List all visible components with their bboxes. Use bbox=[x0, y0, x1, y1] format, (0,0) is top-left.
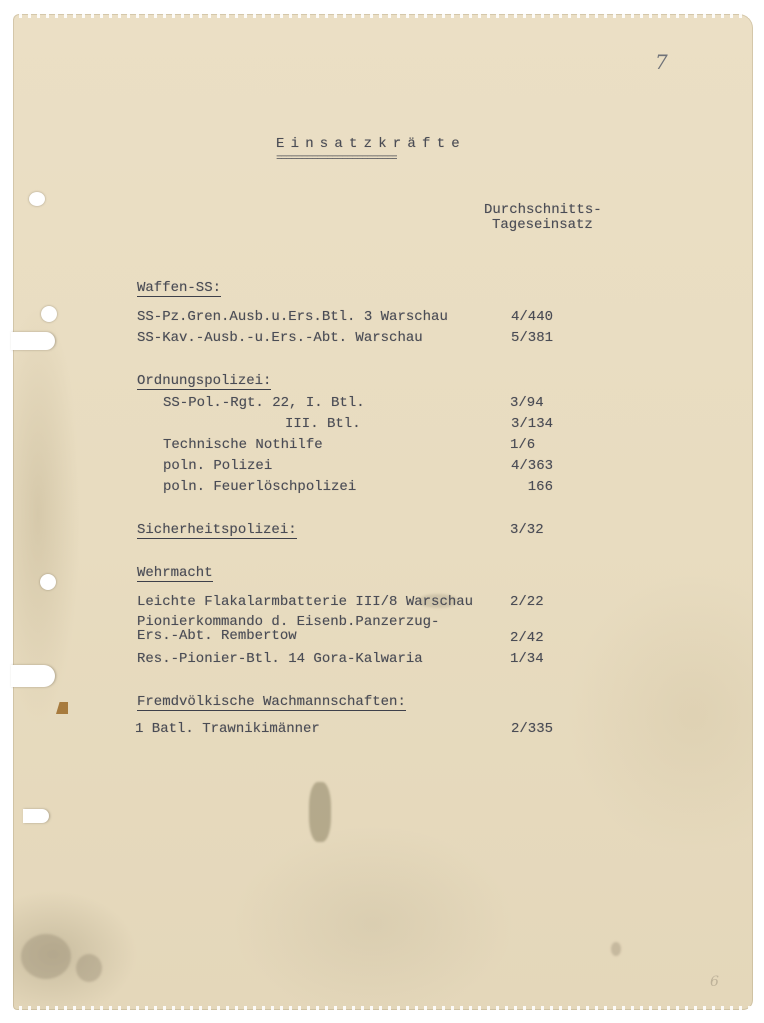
binding-notch bbox=[23, 809, 49, 823]
row-label: Leichte Flakalarmbatterie III/8 Warschau bbox=[137, 594, 473, 610]
section-heading-ordnungspolizei: Ordnungspolizei: bbox=[137, 373, 271, 390]
row-value: 3/32 bbox=[493, 522, 570, 538]
row-label: poln. Polizei bbox=[163, 458, 272, 474]
stain bbox=[76, 954, 102, 982]
row-value: 2/22 bbox=[493, 594, 570, 610]
row-label: Res.-Pionier-Btl. 14 Gora-Kalwaria bbox=[137, 651, 423, 667]
row-label: SS-Pol.-Rgt. 22, I. Btl. bbox=[163, 395, 365, 411]
row-value: 1/6 bbox=[493, 437, 570, 453]
column-header-line-2: Tageseinsatz bbox=[492, 217, 593, 233]
section-heading-waffen-ss: Waffen-SS: bbox=[137, 280, 221, 297]
stain bbox=[309, 782, 331, 842]
punch-hole bbox=[29, 192, 45, 206]
row-label: SS-Kav.-Ausb.-u.Ers.-Abt. Warschau bbox=[137, 330, 423, 346]
row-value: 3/134 bbox=[493, 416, 553, 432]
handwritten-page-number: 7 bbox=[655, 50, 668, 74]
section-heading-fremdvoelkische-wachmannschaften: Fremdvölkische Wachmannschaften: bbox=[137, 694, 406, 711]
row-value: 1/34 bbox=[493, 651, 570, 667]
column-header-line-1: Durchschnitts- bbox=[484, 202, 602, 218]
row-label: 1 Batl. Trawnikimänner bbox=[135, 721, 320, 737]
row-value: 2/335 bbox=[493, 721, 553, 737]
faint-page-number: 6 bbox=[710, 974, 719, 990]
row-value: 2/42 bbox=[493, 630, 570, 646]
document-title: Einsatzkräfte bbox=[276, 136, 466, 152]
torn-top-edge bbox=[13, 12, 753, 18]
row-label: SS-Pz.Gren.Ausb.u.Ers.Btl. 3 Warschau bbox=[137, 309, 448, 325]
row-value: 166 bbox=[493, 479, 553, 495]
punch-hole bbox=[40, 574, 56, 590]
binding-notch bbox=[11, 665, 55, 687]
row-label: poln. Feuerlöschpolizei bbox=[163, 479, 356, 495]
title-double-rule: ======================== bbox=[276, 155, 397, 163]
paper-chip bbox=[56, 702, 68, 714]
section-heading-sicherheitspolizei: Sicherheitspolizei: bbox=[137, 522, 297, 539]
row-label: Ers.-Abt. Rembertow bbox=[137, 628, 297, 644]
document-page: 7 6 Einsatzkräfte ======================… bbox=[13, 14, 753, 1010]
punch-hole bbox=[41, 306, 57, 322]
row-value: 4/363 bbox=[493, 458, 553, 474]
stain bbox=[21, 934, 71, 979]
row-value: 3/94 bbox=[493, 395, 570, 411]
row-value: 4/440 bbox=[493, 309, 553, 325]
section-heading-wehrmacht: Wehrmacht bbox=[137, 565, 213, 582]
torn-bottom-edge bbox=[13, 1006, 753, 1012]
stain bbox=[611, 942, 621, 956]
binding-notch bbox=[11, 332, 55, 350]
row-label: Technische Nothilfe bbox=[163, 437, 323, 453]
row-label: III. Btl. bbox=[285, 416, 361, 432]
row-value: 5/381 bbox=[493, 330, 553, 346]
